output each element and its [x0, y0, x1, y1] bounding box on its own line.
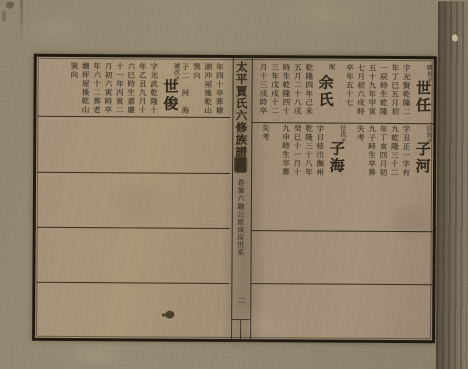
left-page-bio-column: 年六十二葬老 [91, 62, 102, 114]
left-page-bio-column: 巽向 [191, 63, 202, 80]
right-page-bio-column: 九乾隆三十二 [389, 125, 400, 177]
right-page-bio-column: 九子時生卒葬 [366, 125, 377, 177]
spine-volume-label: 卷第六 [236, 179, 246, 202]
right-page-bio-column: 月十三戌時卒 [258, 63, 269, 115]
left-page-bio-column: 字光武乾隆十 [148, 62, 159, 114]
right-page-bio-column: 五月二十八戌 [292, 63, 303, 115]
left-page-bio-column: 六巳時生嘉慶 [126, 62, 137, 114]
spine-book-title: 太平賈氏六修族譜 [233, 61, 250, 158]
left-page-bio-column: 塘坪屋後乾山 [80, 62, 91, 114]
right-page-bio-column: 時生乾隆四十 [281, 63, 292, 115]
right-page-bio-column: 癸巳十一月十 [292, 124, 303, 176]
paper-fleck [452, 34, 458, 41]
book-edge-shadow [436, 1, 468, 369]
right-page-bio-column: 九申時生卒葬 [280, 124, 291, 176]
smudge-mark [6, 2, 14, 9]
right-page-entry-name: 余氏 [316, 74, 335, 108]
spine-footer-mid-rule [240, 319, 241, 340]
right-page-entry-name: 子海 [327, 141, 346, 175]
right-page-bio-column: 字丑正一字有 [401, 125, 412, 177]
left-page-bio-column: 十一年丙寅二 [114, 62, 125, 114]
left-page-bio-column: 子二 河 海 [180, 63, 191, 115]
right-page-bio-column: 乾隆三十八年 [303, 124, 314, 176]
page-content-layer: 太平賈氏六修族譜 卷第六 聰公派成房世系 二 琥長子世任字光賢乾隆二年丁巳五月初… [1, 0, 468, 1]
right-page-bio-column: 年丁亥四月初 [378, 125, 389, 177]
spine-section-label: 聰公派成房世系 [236, 203, 246, 256]
right-page-entry-header: 配 [327, 64, 335, 70]
right-page-bio-column: 乾隆四年己未 [304, 63, 315, 115]
spine-page-number: 二 [236, 296, 247, 304]
left-page-bio-column: 湖沖屋後乾山 [203, 63, 214, 115]
right-page-bio-column: 卒年五十七 [344, 64, 355, 108]
right-page-bio-column: 失考 [355, 125, 366, 142]
right-page-bio-column: 失考 [260, 124, 271, 141]
right-page-bio-column: 五十九年甲寅 [367, 64, 378, 116]
right-page-bio-column: 一辰時生乾隆 [378, 64, 389, 116]
scanned-genealogy-spread: 太平賈氏六修族譜 卷第六 聰公派成房世系 二 琥長子世任字光賢乾隆二年丁巳五月初… [0, 0, 468, 369]
left-page-bio-column: 巽向 [69, 62, 80, 79]
spine-emblem-icon [234, 156, 247, 173]
right-page-bio-column: 三年戊戌十二 [269, 63, 280, 115]
left-page-bio-column: 月初六寅時卒 [103, 62, 114, 114]
paper-crease [20, 0, 23, 43]
smudge-mark [2, 11, 6, 22]
right-page-bio-column: 年丁巳五月初 [390, 64, 401, 116]
right-page-entry-name: 世任 [413, 80, 432, 114]
left-page-bio-column: 年四十卒葬塘 [214, 63, 225, 115]
right-page-bio-column: 字光賢乾隆二 [401, 64, 412, 116]
right-page-bio-column: 字日桂出撫州 [315, 124, 326, 176]
scan-area: 太平賈氏六修族譜 卷第六 聰公派成房世系 二 琥長子世任字光賢乾隆二年丁巳五月初… [0, 0, 468, 369]
left-page-bio-column: 年乙丑九月十 [137, 62, 148, 114]
right-page-bio-column: 七月初六戌時 [355, 64, 366, 116]
left-page-entry-name: 世俊 [160, 79, 179, 113]
right-page-entry-name: 子河 [413, 141, 432, 175]
